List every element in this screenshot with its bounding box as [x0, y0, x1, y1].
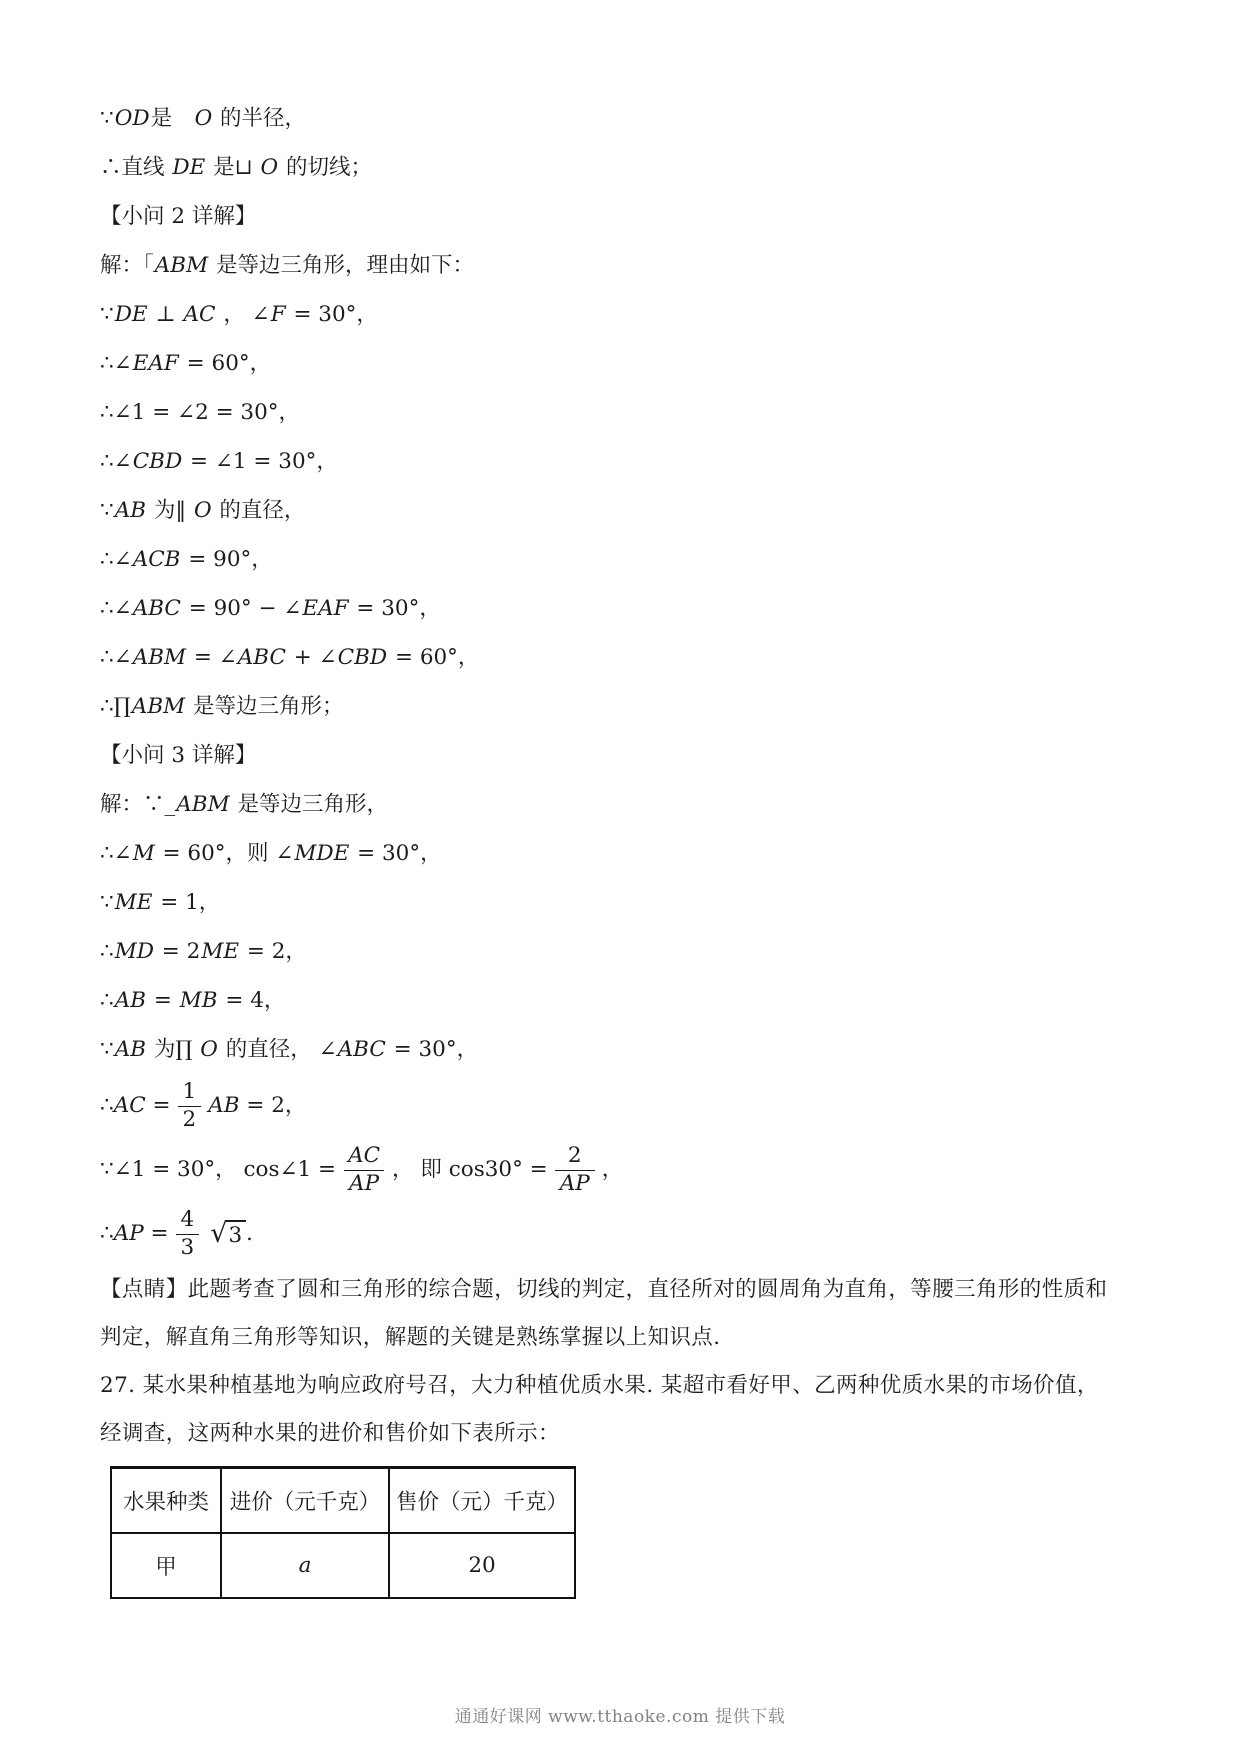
solution-line-18: ∴MD = 2ME = 2， — [100, 927, 1144, 976]
fraction-numerator: 4 — [176, 1208, 200, 1234]
solution-line-15: 解：∵_ABM 是等边三角形， — [100, 780, 1144, 829]
solution-line-6: ∴∠EAF = 60°， — [100, 339, 1144, 388]
table-header-row: 水果种类 进价（元千克） 售价（元）千克） — [111, 1468, 575, 1533]
equation-text: AB = 2， — [208, 1093, 306, 1119]
page-footer-watermark: 通通好课网 www.tthaoke.com 提供下载 — [0, 1702, 1240, 1727]
table-cell-purchase-price-a: a — [221, 1533, 389, 1598]
solution-line-13: ∴∏ABM 是等边三角形； — [100, 682, 1144, 731]
fruit-price-table: 水果种类 进价（元千克） 售价（元）千克） 甲 a 20 — [110, 1466, 576, 1599]
equation-ap-result: ∴AP = 4 3 √ 3 ． — [100, 1202, 1144, 1266]
fraction-denominator: 2 — [178, 1106, 202, 1133]
solution-line-16: ∴∠M = 60°，则 ∠MDE = 30°， — [100, 829, 1144, 878]
remark-dianjing-line-1: 【点睛】此题考查了圆和三角形的综合题，切线的判定，直径所对的圆周角为直角，等腰三… — [100, 1266, 1144, 1314]
solution-line-8: ∴∠CBD = ∠1 = 30°， — [100, 437, 1144, 486]
fraction-numerator: 1 — [178, 1080, 202, 1106]
radicand: 3 — [226, 1220, 246, 1248]
solution-line-1: ∵OD是 O 的半径， — [100, 94, 1144, 143]
fraction-one-half: 1 2 — [178, 1080, 202, 1132]
fraction-denominator: 3 — [176, 1234, 200, 1261]
fraction-denominator: AP — [344, 1170, 384, 1197]
solution-line-11: ∴∠ABC = 90° − ∠EAF = 30°， — [100, 584, 1144, 633]
problem-27-line-2: 经调查，这两种水果的进价和售价如下表所示： — [100, 1410, 1144, 1458]
equation-cosine: ∵∠1 = 30°， cos∠1 = AC AP ， 即 cos30° = 2 … — [100, 1138, 1144, 1202]
section-heading-subquestion-3: 【小问 3 详解】 — [100, 731, 1144, 780]
document-page: ∵OD是 O 的半径， ∴直线 DE 是⊔ O 的切线； 【小问 2 详解】 解… — [0, 0, 1240, 1754]
equation-text: ∴AP = — [100, 1221, 169, 1247]
solution-line-19: ∴AB = MB = 4， — [100, 976, 1144, 1025]
equation-text: ， — [602, 1157, 624, 1183]
table-header-selling-price: 售价（元）千克） — [389, 1468, 575, 1533]
solution-body: ∵OD是 O 的半径， ∴直线 DE 是⊔ O 的切线； 【小问 2 详解】 解… — [0, 0, 1240, 1599]
solution-line-5: ∵DE ⊥ AC ， ∠F = 30°， — [100, 290, 1144, 339]
table-header-purchase-price: 进价（元千克） — [221, 1468, 389, 1533]
solution-line-20: ∵AB 为∏ O 的直径， ∠ABC = 30°， — [100, 1025, 1144, 1074]
solution-line-7: ∴∠1 = ∠2 = 30°， — [100, 388, 1144, 437]
table-header-fruit-type: 水果种类 — [111, 1468, 221, 1533]
equation-text: ， 即 cos30° = — [392, 1157, 548, 1183]
square-root: √ 3 — [210, 1220, 246, 1248]
remark-dianjing-line-2: 判定，解直角三角形等知识，解题的关键是熟练掌握以上知识点. — [100, 1314, 1144, 1362]
section-heading-subquestion-2: 【小问 2 详解】 — [100, 192, 1144, 241]
fraction-numerator: AC — [343, 1144, 385, 1170]
solution-line-4: 解：「ABM 是等边三角形，理由如下： — [100, 241, 1144, 290]
table-cell-selling-price-20: 20 — [389, 1533, 575, 1598]
solution-line-9: ∵AB 为‖ O 的直径， — [100, 486, 1144, 535]
equation-text: ． — [246, 1221, 268, 1247]
problem-27-line-1: 27. 某水果种植基地为响应政府号召，大力种植优质水果. 某超市看好甲、乙两种优… — [100, 1362, 1144, 1410]
solution-line-17: ∵ME = 1， — [100, 878, 1144, 927]
table-cell-fruit-jia: 甲 — [111, 1533, 221, 1598]
solution-line-10: ∴∠ACB = 90°， — [100, 535, 1144, 584]
radical-sign: √ — [210, 1220, 227, 1248]
table-row: 甲 a 20 — [111, 1533, 575, 1598]
fraction-four-thirds: 4 3 — [176, 1208, 200, 1260]
solution-line-12: ∴∠ABM = ∠ABC + ∠CBD = 60°， — [100, 633, 1144, 682]
fraction-denominator: AP — [555, 1170, 595, 1197]
fraction-ac-ap: AC AP — [343, 1144, 385, 1196]
equation-text: ∴AC = — [100, 1093, 171, 1119]
equation-text: ∵∠1 = 30°， cos∠1 = — [100, 1157, 336, 1183]
solution-line-2: ∴直线 DE 是⊔ O 的切线； — [100, 143, 1144, 192]
fraction-numerator: 2 — [563, 1144, 587, 1170]
equation-ac-half-ab: ∴AC = 1 2 AB = 2， — [100, 1074, 1144, 1138]
fraction-2-ap: 2 AP — [555, 1144, 595, 1196]
